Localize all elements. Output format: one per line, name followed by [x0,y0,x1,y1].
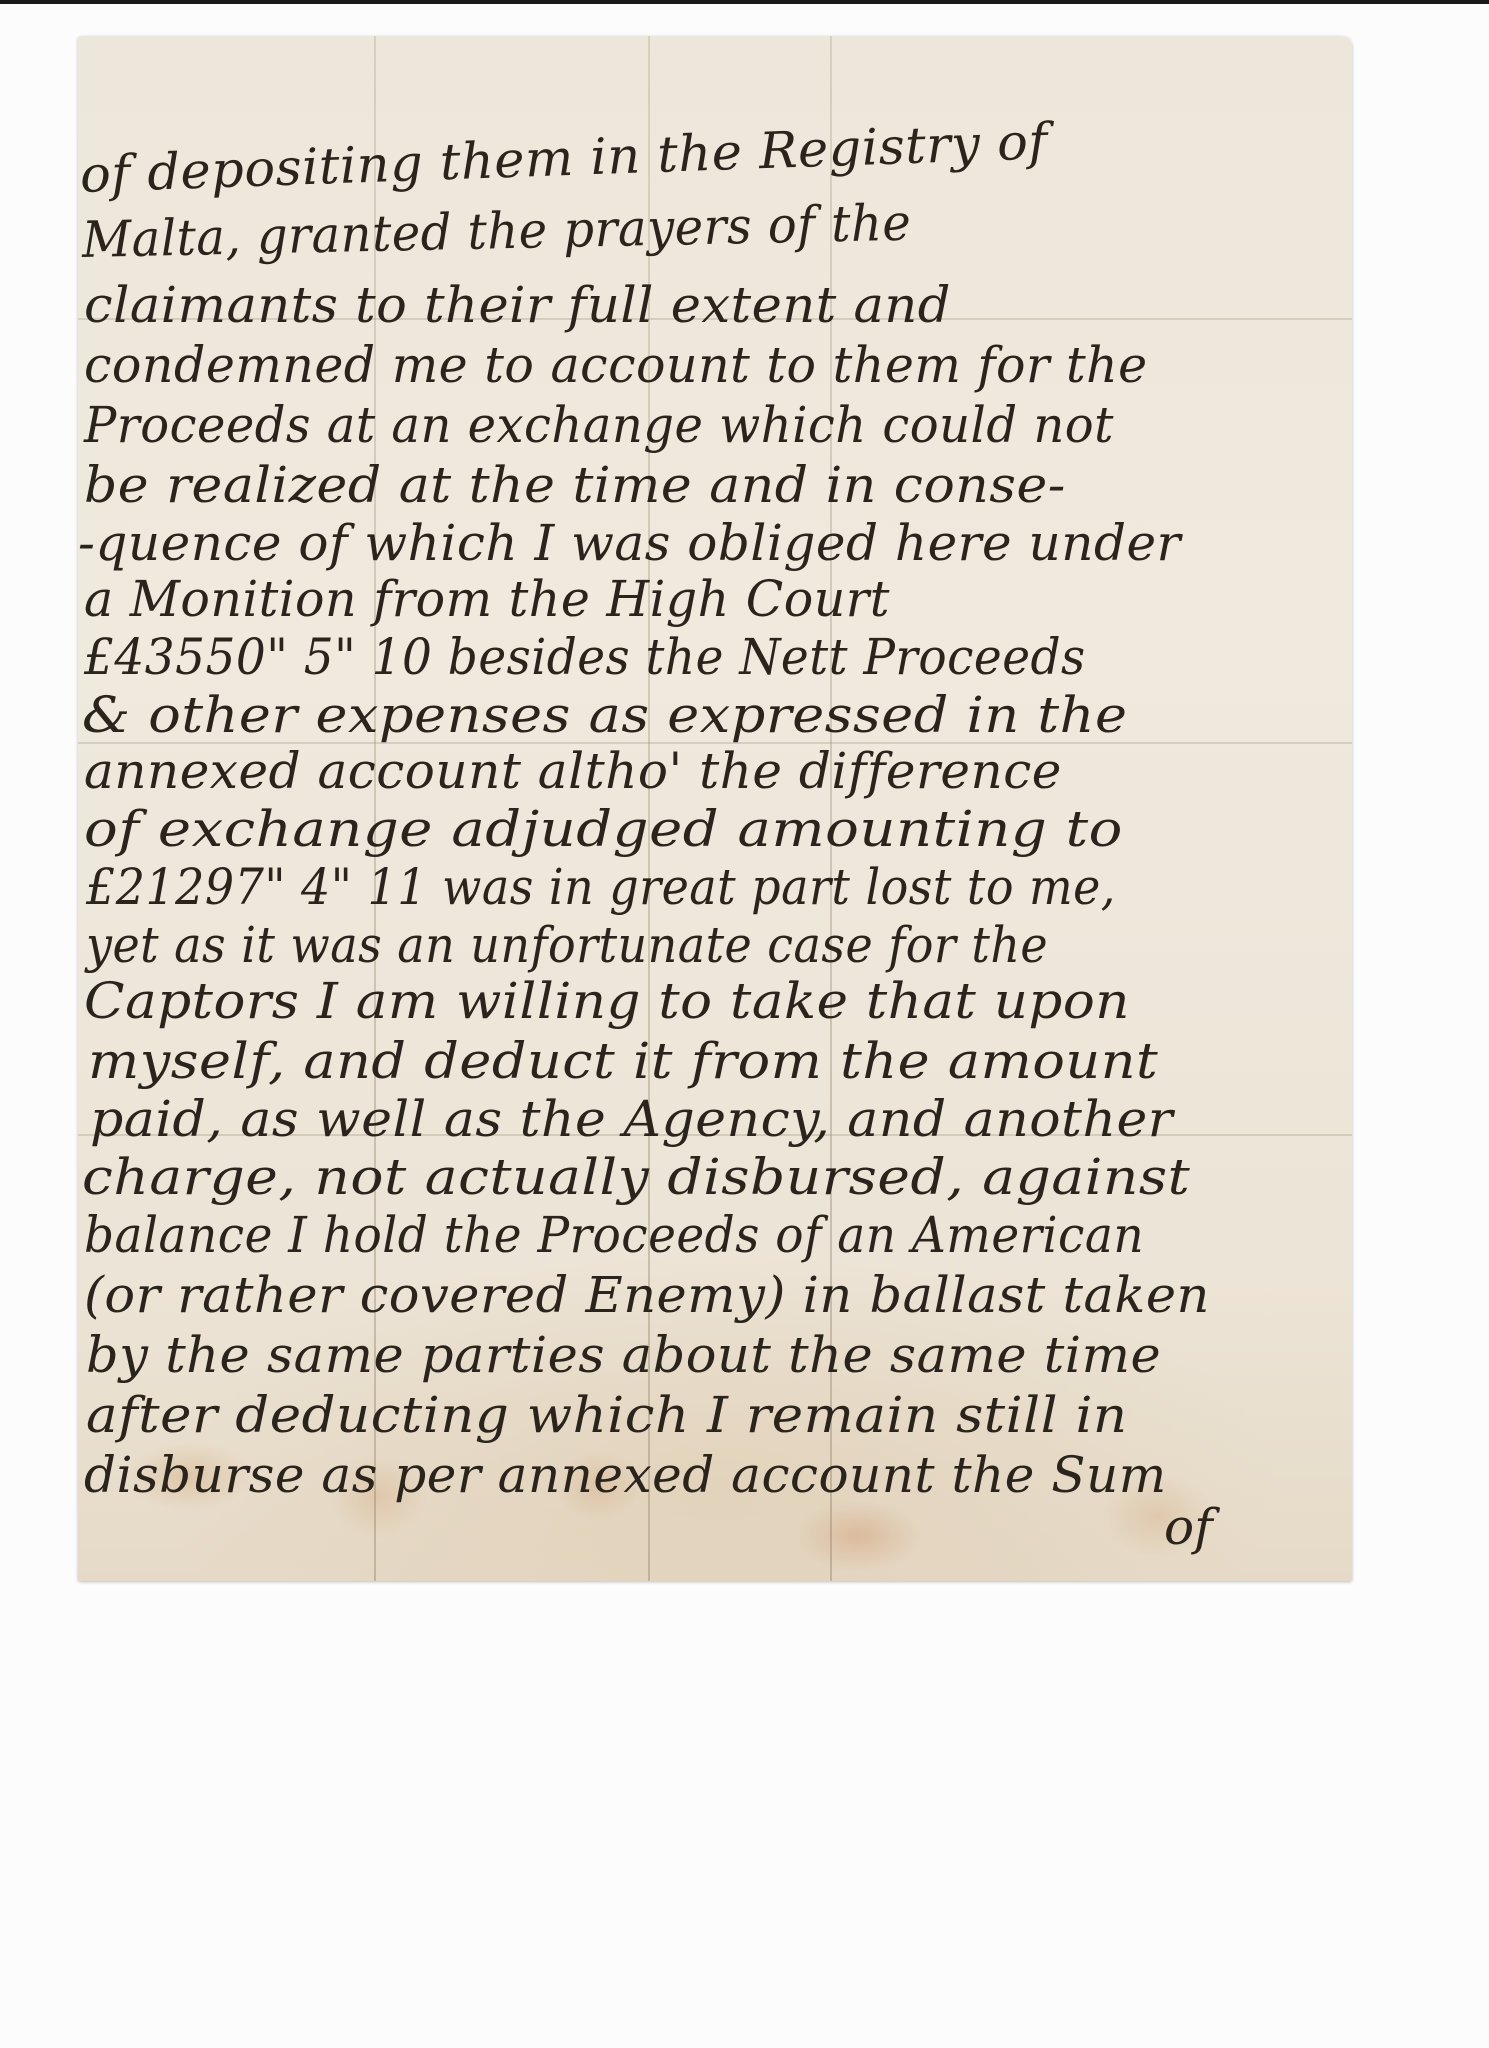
text-line: charge, not actually disbursed, against [82,1148,1190,1206]
text-line: -quence of which I was obliged here unde… [78,514,1181,572]
text-line: Malta, granted the prayers of the [81,194,911,269]
text-line: yet as it was an unfortunate case for th… [86,916,1048,974]
text-line: condemned me to account to them for the [84,336,1148,394]
text-line: balance I hold the Proceeds of an Americ… [84,1206,1144,1264]
text-line: paid, as well as the Agency, and another [90,1090,1173,1148]
text-line: annexed account altho' the difference [84,742,1062,800]
text-line: a Monition from the High Court [84,570,890,628]
text-line: & other expenses as expressed in the [82,686,1127,744]
catchword: of [1164,1498,1213,1556]
text-line: £21297" 4" 11 was in great part lost to … [86,858,1116,916]
text-line: £43550" 5" 10 besides the Nett Proceeds [84,628,1086,686]
text-line: Captors I am willing to take that upon [84,972,1130,1030]
text-line: by the same parties about the same time [86,1326,1161,1384]
handwritten-text: of depositing them in the Registry of Ma… [78,36,1352,1581]
text-line: of depositing them in the Registry of [79,112,1049,204]
text-line: myself, and deduct it from the amount [88,1032,1158,1090]
text-line: Proceeds at an exchange which could not [84,396,1114,454]
text-line: of exchange adjudged amounting to [84,800,1123,858]
letter-page: of depositing them in the Registry of Ma… [78,36,1352,1581]
text-line: disburse as per annexed account the Sum [84,1446,1167,1504]
text-line: be realized at the time and in conse- [84,456,1066,514]
text-line: claimants to their full extent and [84,276,951,334]
text-line: (or rather covered Enemy) in ballast tak… [84,1266,1210,1324]
text-line: after deducting which I remain still in [86,1386,1128,1444]
